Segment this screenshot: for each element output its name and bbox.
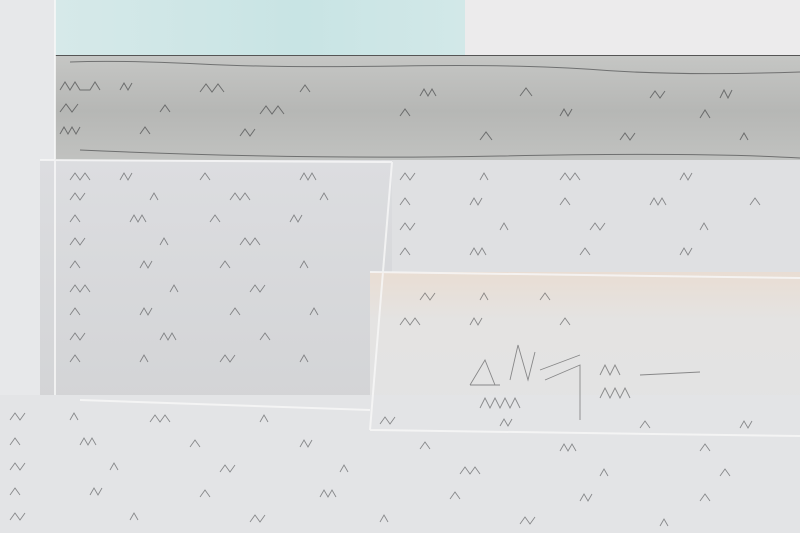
scribble-marks <box>0 0 800 533</box>
abstract-painting <box>0 0 800 533</box>
